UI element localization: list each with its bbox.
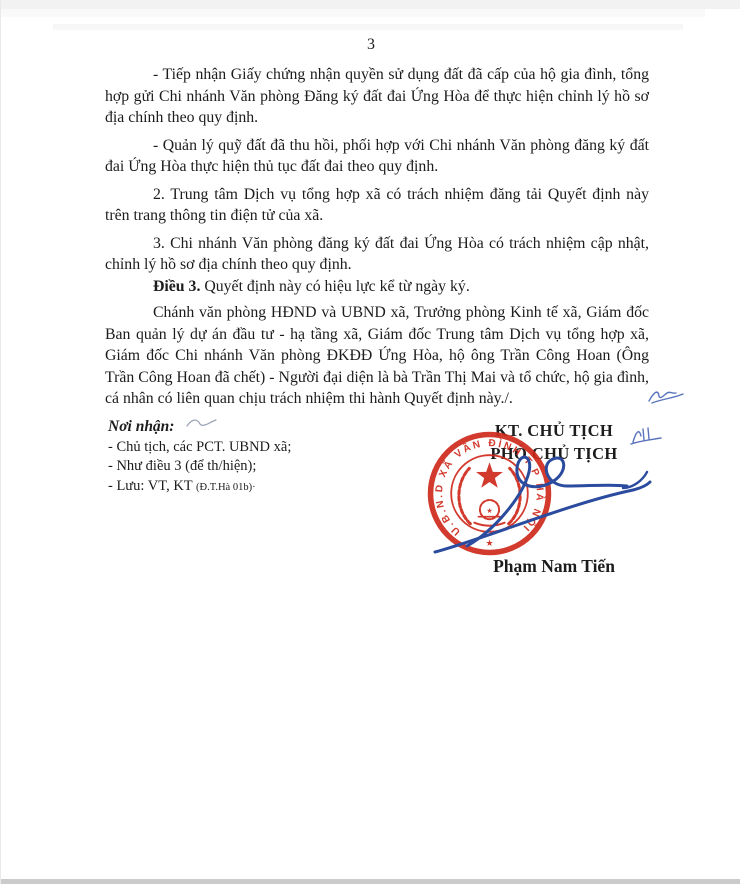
recipients-block: Nơi nhận: - Chủ tịch, các PCT. UBND xã; … (108, 417, 408, 497)
archive-text: - Lưu: VT, KT (108, 478, 196, 494)
article-text: Quyết định này có hiệu lực kể từ ngày ký… (200, 278, 469, 295)
closing-paragraph: Chánh văn phòng HĐND và UBND xã, Trưởng … (105, 302, 649, 410)
handwritten-signature (421, 438, 661, 562)
archive-note: (Đ.T.Hà 01b)· (196, 482, 256, 493)
handwritten-mark (185, 416, 219, 430)
page-number: 3 (1, 36, 740, 54)
paragraph: - Quản lý quỹ đất đã thu hồi, phối hợp v… (105, 135, 649, 178)
handwritten-initials (629, 424, 665, 446)
document-page: { "colors": { "seal_red": "#cf2a1d", "si… (0, 0, 740, 884)
paragraph: 3. Chi nhánh Văn phòng đăng ký đất đai Ứ… (105, 233, 649, 276)
archive-line: - Lưu: VT, KT (Đ.T.Hà 01b)· (108, 477, 408, 498)
scan-artifact-top (1, 9, 705, 17)
paragraph: 2. Trung tâm Dịch vụ tổng hợp xã có trác… (105, 184, 649, 227)
handwritten-initials (646, 387, 686, 406)
scan-artifact-top (1, 0, 740, 9)
article-label: Điều 3. (153, 278, 200, 295)
document-body: - Tiếp nhận Giấy chứng nhận quyền sử dụn… (105, 64, 649, 410)
paragraph: - Tiếp nhận Giấy chứng nhận quyền sử dụn… (105, 64, 649, 129)
scan-artifact-bottom (1, 879, 740, 884)
recipients-label: Nơi nhận: (108, 417, 174, 437)
recipient-item: - Chủ tịch, các PCT. UBND xã; (108, 438, 408, 458)
recipient-item: - Như điều 3 (để th/hiện); (108, 457, 408, 477)
article-3-paragraph: Điều 3. Quyết định này có hiệu lực kể từ… (105, 276, 649, 298)
scan-artifact-top (53, 24, 683, 30)
